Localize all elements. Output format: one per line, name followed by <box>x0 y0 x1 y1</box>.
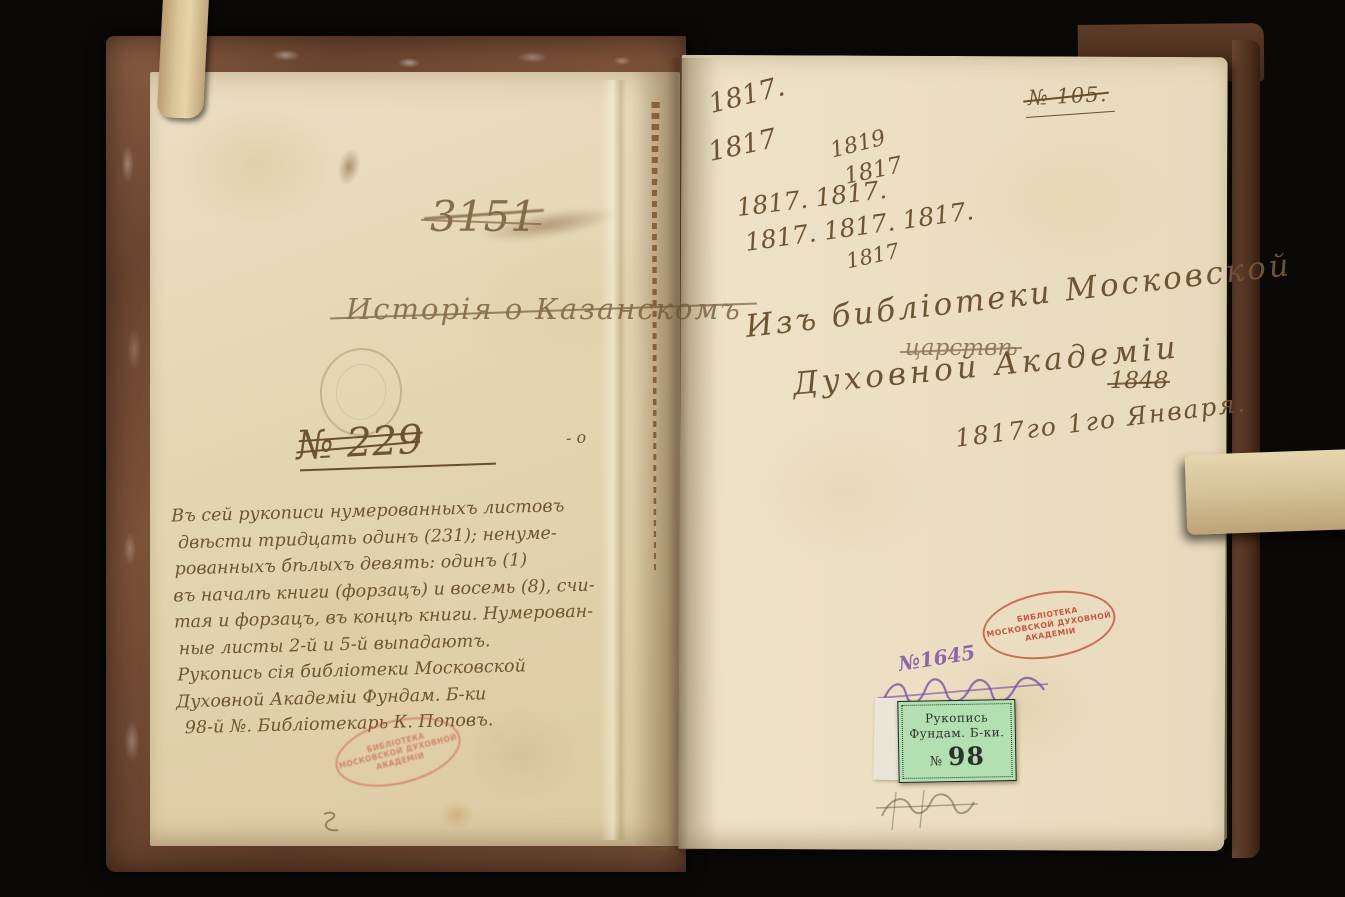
bookplate-line1: Рукопись <box>925 710 988 726</box>
book-gutter <box>632 58 718 850</box>
bookplate-frame: Рукопись Фундам. Б-ки. № 98 <box>901 703 1012 779</box>
pencil-scribble-crossed <box>866 786 996 836</box>
ink-doodle <box>316 808 346 838</box>
bookplate-line2: Фундам. Б-ки. <box>909 725 1004 742</box>
leather-sheen-side <box>110 90 154 830</box>
inventory-note: Въ сей рукописи нумерованныхъ листовъ дв… <box>171 493 598 742</box>
wooden-page-holder-top[interactable] <box>157 0 210 119</box>
bookplate-label: Рукопись Фундам. Б-ки. № 98 <box>897 699 1016 783</box>
manuscript-photo: 3151 Исторія о Казанскомъ царствѣ 1848 №… <box>0 0 1345 897</box>
crossed-year: 1848 <box>1110 368 1169 394</box>
flyleaf-crease <box>600 80 626 840</box>
crossed-catalog-number: № 229 <box>295 417 424 470</box>
stray-mark: - o <box>565 427 586 447</box>
bookplate-no-sign: № <box>930 754 943 769</box>
right-cover-fore-edge <box>1232 40 1260 858</box>
crossed-title-line1: Исторія о Казанскомъ <box>346 292 742 326</box>
bookplate-number: 98 <box>948 742 985 772</box>
crossed-shelf-number: 3151 <box>430 192 537 241</box>
crossed-number: № 105. <box>1027 82 1107 110</box>
paper-stain <box>440 800 474 830</box>
wooden-page-holder-right[interactable] <box>1185 449 1345 535</box>
